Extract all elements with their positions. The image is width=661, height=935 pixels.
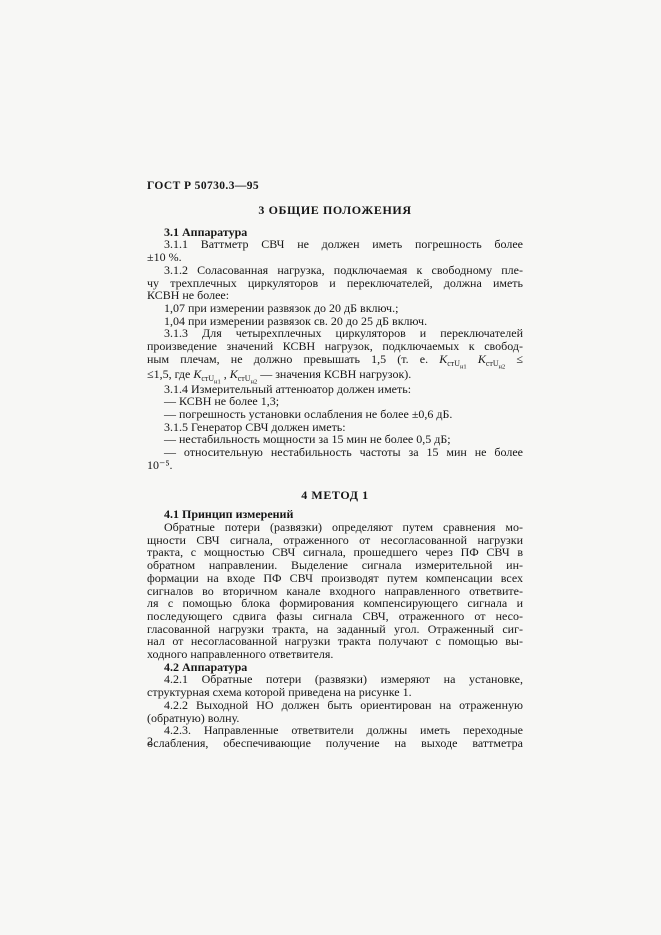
text-line: — относительную нестабильность частоты з… bbox=[147, 446, 523, 459]
document-page: ГОСТ Р 50730.3—95 3 ОБЩИЕ ПОЛОЖЕНИЯ3.1 А… bbox=[0, 0, 661, 935]
paragraph: 4.2.1 Обратные потери (развязки) измеряю… bbox=[147, 673, 523, 698]
text-line: структурная схема которой приведена на р… bbox=[147, 686, 523, 699]
text-line: ослабления, обеспечивающие получение на … bbox=[147, 737, 523, 750]
text-line: 4.2.2 Выходной НО должен быть ориентиров… bbox=[147, 699, 523, 712]
paragraph: 3.1.2 Соласованная нагрузка, подключаема… bbox=[147, 264, 523, 302]
paragraph: 4.2.3. Направленные ответвители должны и… bbox=[147, 724, 523, 749]
text-line: обратном направлении. Выделение сигнала … bbox=[147, 559, 523, 572]
page-number: 2 bbox=[147, 734, 153, 749]
paragraph: Обратные потери (развязки) определяют пу… bbox=[147, 521, 523, 661]
text-line: — погрешность установки ослабления не бо… bbox=[147, 408, 523, 421]
text-line: 3.1.2 Соласованная нагрузка, подключаема… bbox=[147, 264, 523, 277]
text-line: 10⁻⁵. bbox=[147, 459, 523, 472]
paragraph: 1,07 при измерении развязок до 20 дБ вкл… bbox=[147, 302, 523, 315]
paragraph: — погрешность установки ослабления не бо… bbox=[147, 408, 523, 421]
paragraph: 3.1.1 Ваттметр СВЧ не должен иметь погре… bbox=[147, 238, 523, 263]
text-line: 1,07 при измерении развязок до 20 дБ вкл… bbox=[147, 302, 523, 315]
section-heading: 3 ОБЩИЕ ПОЛОЖЕНИЯ bbox=[147, 204, 523, 217]
text-line: последующего сдвига фазы сигнала СВЧ, от… bbox=[147, 610, 523, 623]
text-line: ±10 %. bbox=[147, 251, 523, 264]
running-header: ГОСТ Р 50730.3—95 bbox=[147, 180, 259, 192]
text-line: ным плечам, не должно превышать 1,5 (т. … bbox=[147, 353, 523, 368]
paragraph: 3.1.3 Для четырехплечных циркуляторов и … bbox=[147, 327, 523, 382]
section-heading: 4 МЕТОД 1 bbox=[147, 489, 523, 502]
text-line: ходного направленного ответвителя. bbox=[147, 648, 523, 661]
paragraph: 4.2.2 Выходной НО должен быть ориентиров… bbox=[147, 699, 523, 724]
document-body: 3 ОБЩИЕ ПОЛОЖЕНИЯ3.1 Аппаратура3.1.1 Ват… bbox=[147, 204, 523, 750]
text-line: произведение значений КСВН нагрузок, под… bbox=[147, 340, 523, 353]
text-line: 3.1.1 Ваттметр СВЧ не должен иметь погре… bbox=[147, 238, 523, 251]
text-line: Обратные потери (развязки) определяют пу… bbox=[147, 521, 523, 534]
paragraph: — относительную нестабильность частоты з… bbox=[147, 446, 523, 471]
text-line: формации на входе ПФ СВЧ производят путе… bbox=[147, 572, 523, 585]
